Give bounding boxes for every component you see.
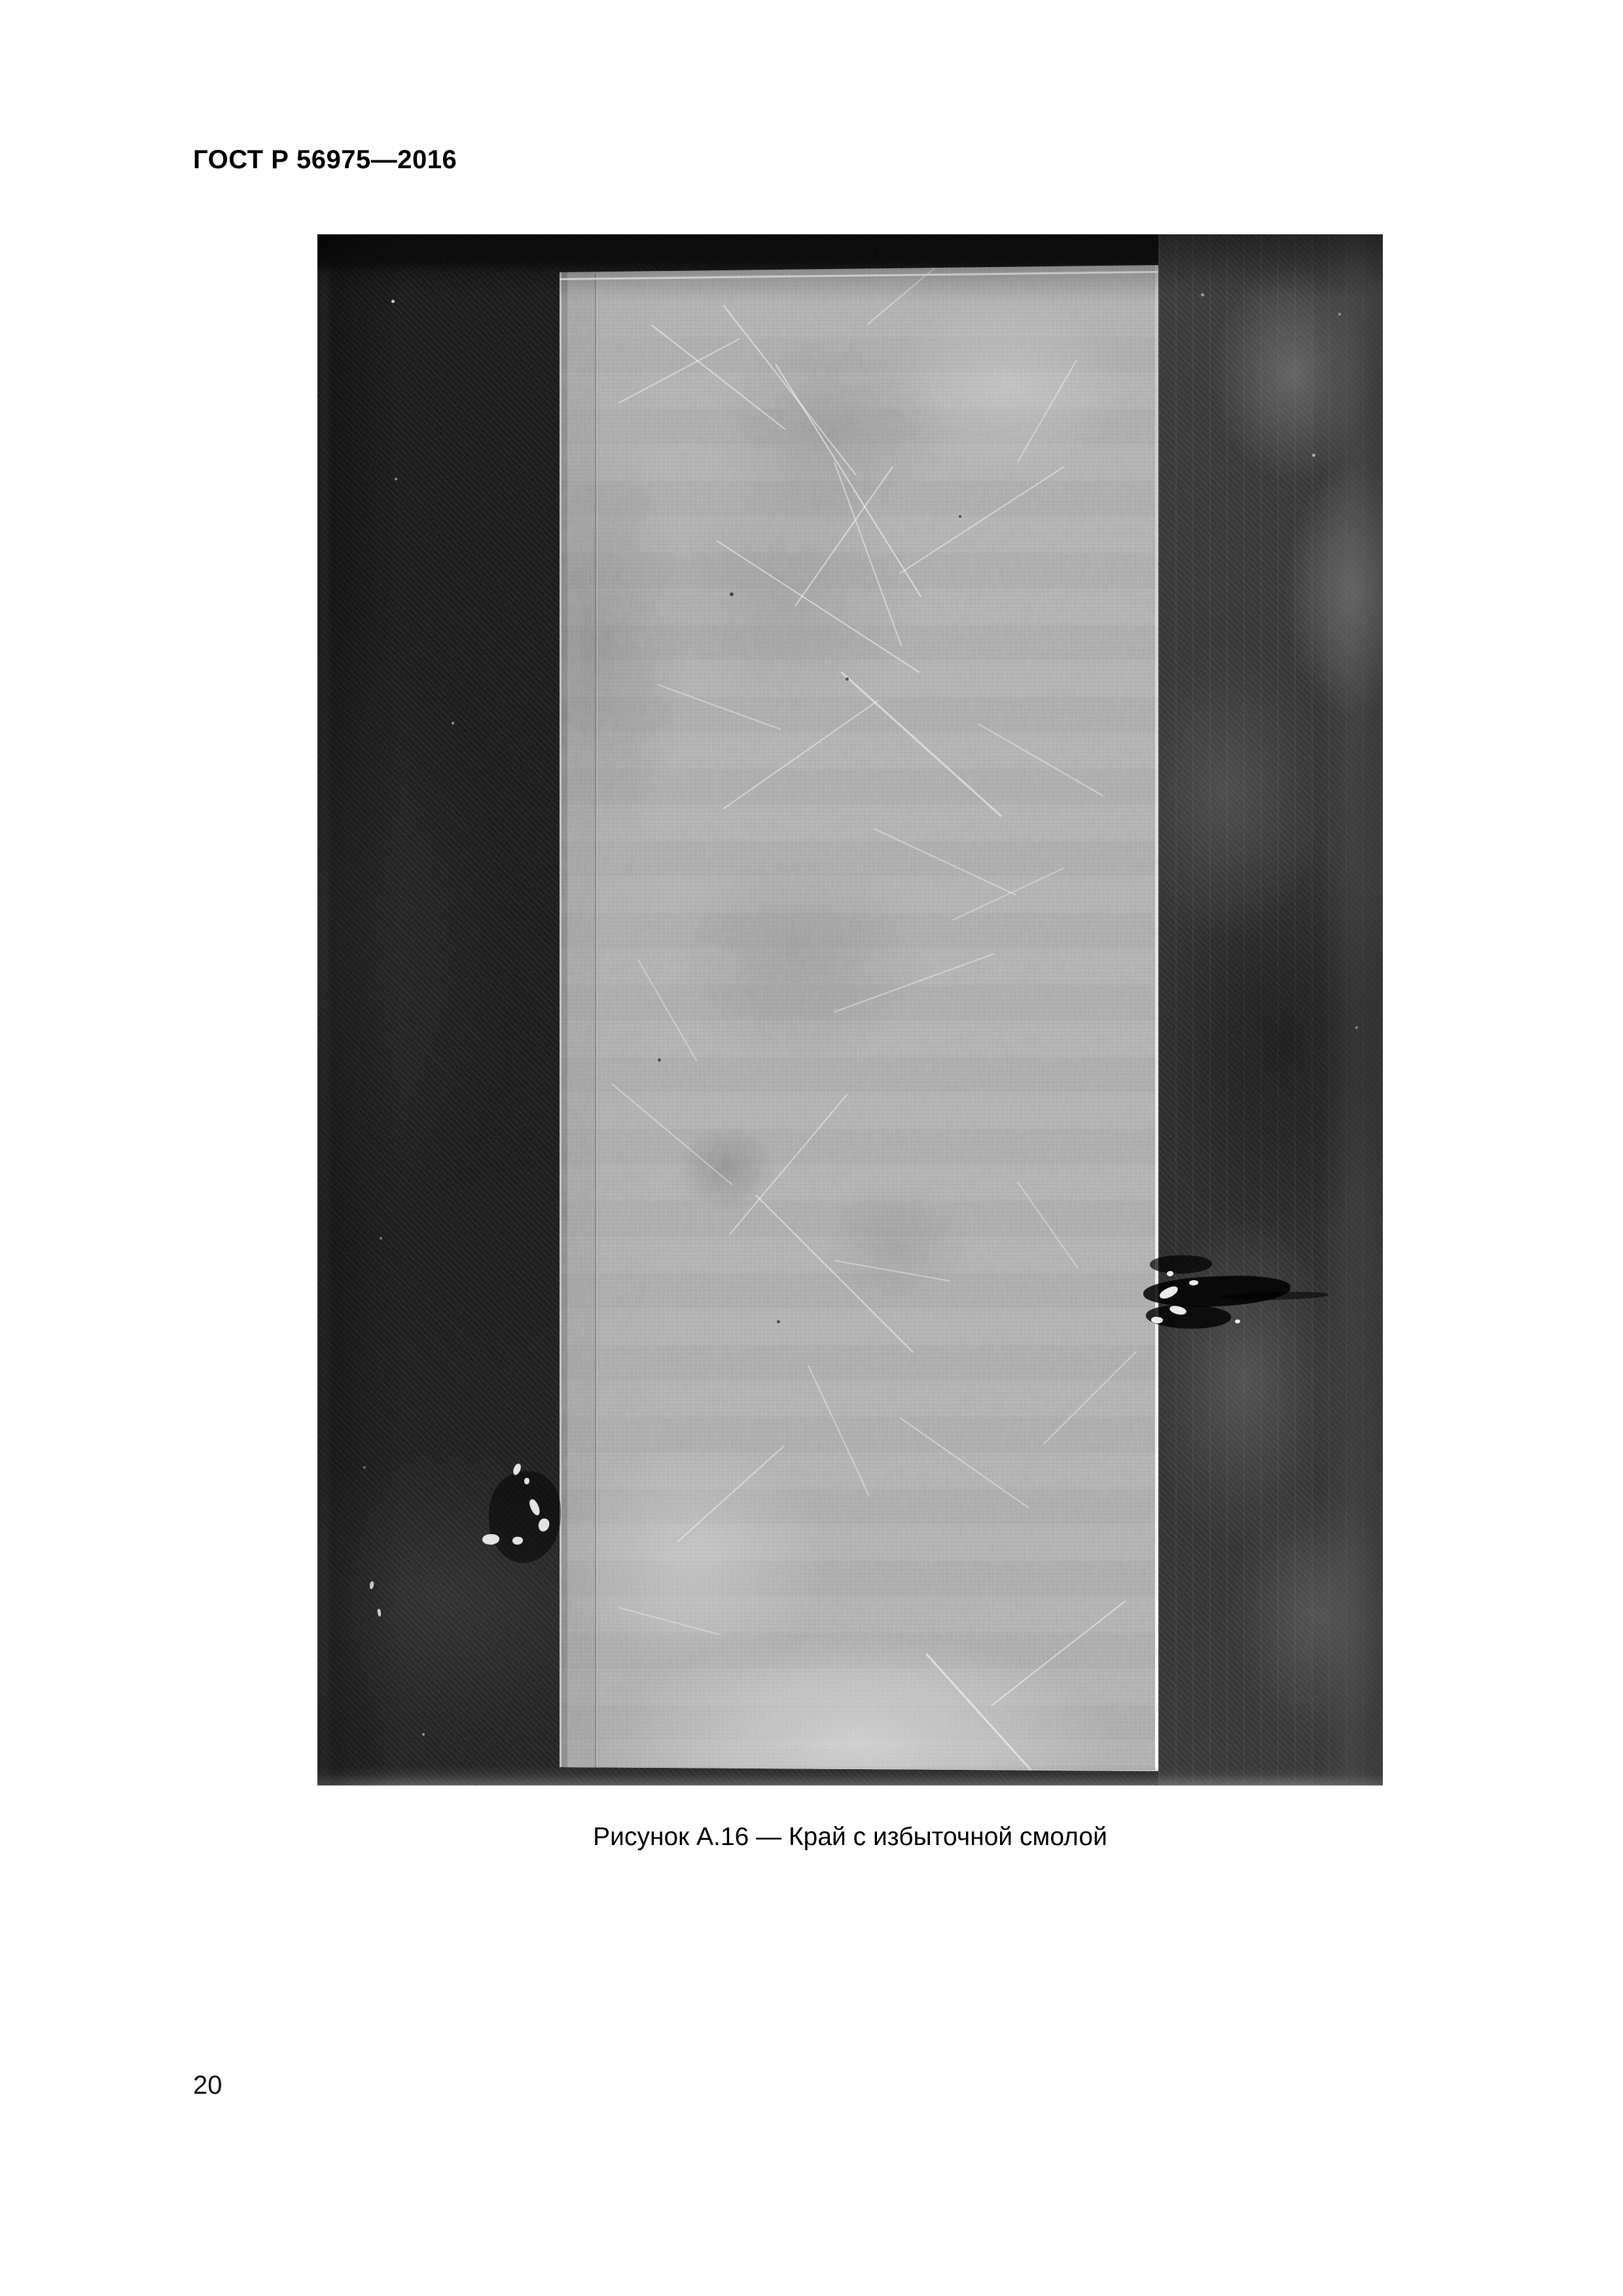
specimen-grain-texture [560,265,1158,1771]
photo-bottom-band [317,1766,1383,1785]
page-number: 20 [193,2071,223,2100]
figure-caption: Рисунок А.16 — Край с избыточной смолой [317,1823,1383,1852]
figure-photo [317,234,1383,1785]
standard-code-header: ГОСТ Р 56975—2016 [193,145,457,175]
document-page: ГОСТ Р 56975—2016 [0,0,1623,2296]
specimen-panel [560,265,1158,1771]
specimen-seam-highlight [596,274,598,1767]
